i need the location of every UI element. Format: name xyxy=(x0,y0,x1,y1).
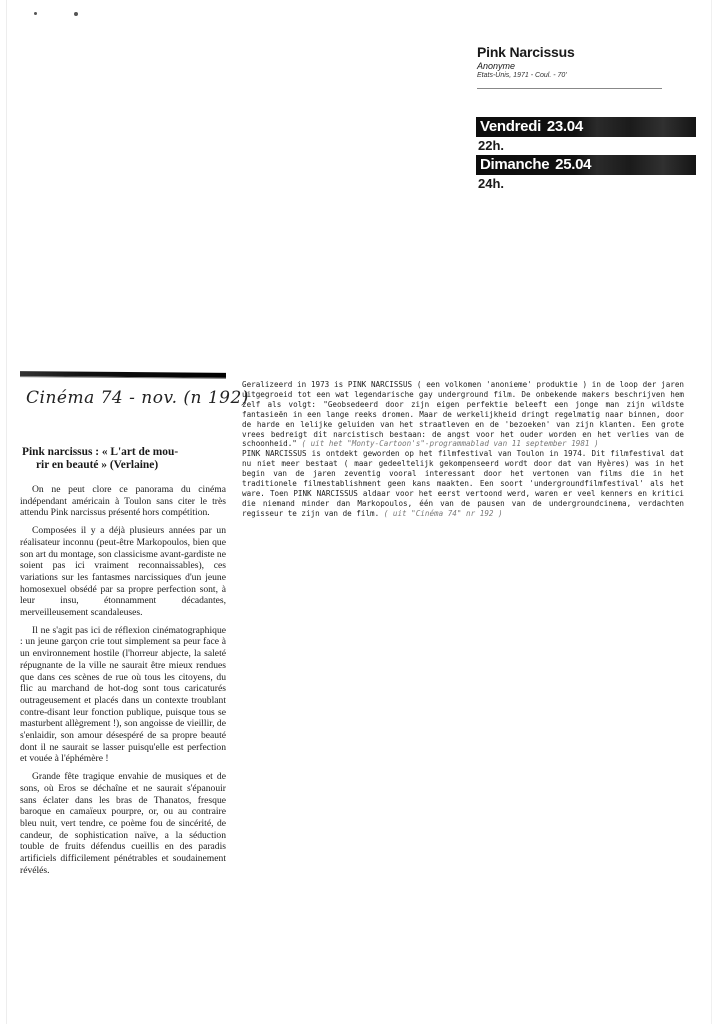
source-citation-1: ( uit het "Monty-Cartoon's"-programmabla… xyxy=(301,439,598,448)
dutch-paragraph-1: Geralizeerd in 1973 is PINK NARCISSUS ( … xyxy=(242,380,684,449)
press-clipping: Cinéma 74 - nov. (n 192) Pink narcissus … xyxy=(20,372,226,883)
headline-line-2: rir en beauté » (Verlaine) xyxy=(22,459,226,472)
screening-1: Vendredi 23.04 22h. xyxy=(476,117,696,154)
dutch-paragraph-2-text: PINK NARCISSUS is ontdekt geworden op he… xyxy=(242,449,684,517)
source-citation-2: ( uit "Cinéma 74" nr 192 ) xyxy=(384,509,503,518)
dutch-paragraph-2: PINK NARCISSUS is ontdekt geworden op he… xyxy=(242,449,684,518)
page-edge-right xyxy=(711,0,712,1024)
screening-day: Dimanche xyxy=(480,156,549,173)
screening-time: 22h. xyxy=(476,138,696,154)
dutch-paragraph-1-text: Geralizeerd in 1973 is PINK NARCISSUS ( … xyxy=(242,380,684,448)
screening-date: 23.04 xyxy=(547,118,583,135)
handwritten-source-note: Cinéma 74 - nov. (n 192) xyxy=(20,378,226,418)
ink-speck xyxy=(34,12,37,15)
headline-line-1: Pink narcissus : « L'art de mou- xyxy=(22,446,178,458)
screening-2: Dimanche 25.04 24h. xyxy=(476,155,696,192)
article-body: On ne peut clore ce panorama du cinéma i… xyxy=(20,484,226,877)
screening-date-band: Vendredi 23.04 xyxy=(476,117,696,137)
screening-time: 24h. xyxy=(476,176,696,192)
ink-speck xyxy=(74,12,78,16)
article-headline: Pink narcissus : « L'art de mou- rir en … xyxy=(20,446,226,472)
article-paragraph: Il ne s'agit pas ici de réflexion cinéma… xyxy=(20,625,226,765)
film-meta: Etats-Unis, 1971 - Coul. - 70' xyxy=(477,71,697,80)
screening-day: Vendredi xyxy=(480,118,541,135)
article-paragraph: On ne peut clore ce panorama du cinéma i… xyxy=(20,484,226,519)
divider xyxy=(477,88,662,89)
screening-date-band: Dimanche 25.04 xyxy=(476,155,696,175)
article-paragraph: Grande fête tragique envahie de musiques… xyxy=(20,771,226,876)
screening-date: 25.04 xyxy=(555,156,591,173)
film-title: Pink Narcissus xyxy=(477,44,697,60)
programme-header: Pink Narcissus Anonyme Etats-Unis, 1971 … xyxy=(477,44,697,89)
article-paragraph: Composées il y a déjà plusieurs années p… xyxy=(20,525,226,619)
page-edge-left xyxy=(6,0,7,1024)
dutch-typewritten-note: Geralizeerd in 1973 is PINK NARCISSUS ( … xyxy=(242,380,684,519)
film-author: Anonyme xyxy=(477,61,697,71)
